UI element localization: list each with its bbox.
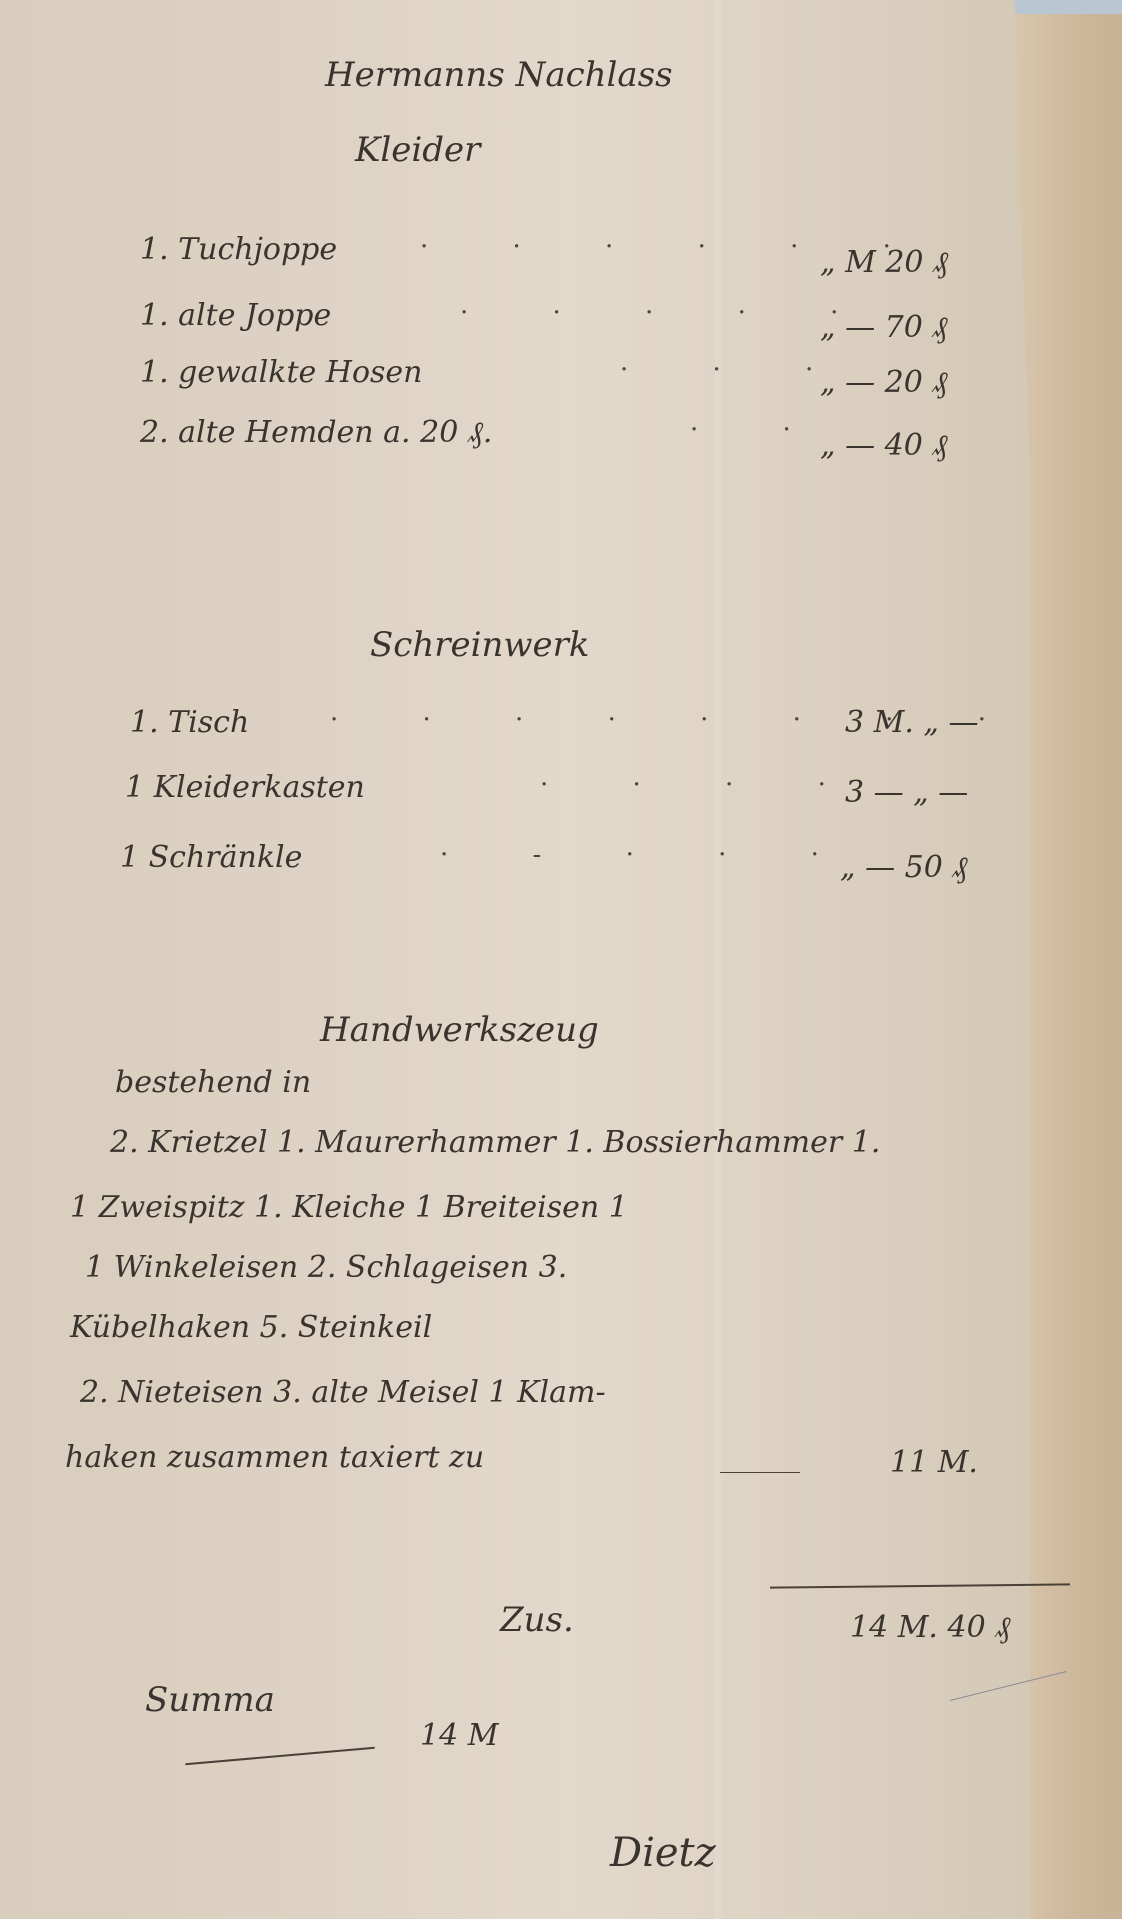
list-item: 1. alte Joppe [140,298,331,333]
summa-label: Summa [145,1680,275,1720]
total-amount: 14 M. 40 ₰ [850,1610,1010,1645]
section-heading-schreinwerk: Schreinwerk [370,625,589,665]
leader-dots: · · [690,415,829,445]
list-item: 1. gewalkte Hosen [140,355,423,390]
leader-line [720,1472,800,1473]
section-heading-kleider: Kleider [355,130,480,170]
summa-amount: 14 M [420,1718,498,1753]
section-intro: bestehend in [115,1065,311,1100]
item-amount: „ — 50 ₰ [840,850,967,885]
item-amount: „ — 20 ₰ [820,365,947,400]
underlying-page [1015,14,1122,1919]
list-item: 1 Schränkle [120,840,302,875]
list-item: 1. Tuchjoppe [140,232,337,267]
item-amount: „ M 20 ₰ [820,245,948,280]
item-amount: 3 — „ — [845,775,968,810]
item-amount: „ — 70 ₰ [820,310,947,345]
text-line: 2. Nieteisen 3. alte Meisel 1 Klam- [80,1375,606,1410]
leader-dots: · - · · · [440,840,857,870]
section-heading-handwerkszeug: Handwerkszeug [320,1010,599,1050]
text-line: 1 Zweispitz 1. Kleiche 1 Breiteisen 1 [70,1190,628,1225]
leader-dots: · · · · · [460,298,876,328]
paper-fold [715,0,721,1919]
text-line: Kübelhaken 5. Steinkeil [70,1310,432,1345]
signature: Dietz [610,1830,716,1876]
leader-dots: · · · · [540,770,864,800]
total-label: Zus. [500,1600,574,1640]
list-item: 1. Tisch [130,705,249,740]
item-amount: 3 M. „ — [845,705,979,740]
list-item: 2. alte Hemden a. 20 ₰. [140,415,492,450]
list-item: 1 Kleiderkasten [125,770,365,805]
document-title: Hermanns Nachlass [325,55,673,95]
text-line: 2. Krietzel 1. Maurerhammer 1. Bossierha… [110,1125,880,1160]
leader-dots: · · · [620,355,851,385]
text-line: 1 Winkeleisen 2. Schlageisen 3. [85,1250,567,1285]
item-amount: „ — 40 ₰ [820,428,947,463]
text-line: haken zusammen taxiert zu [65,1440,484,1475]
tools-amount: 11 M. [890,1445,978,1480]
